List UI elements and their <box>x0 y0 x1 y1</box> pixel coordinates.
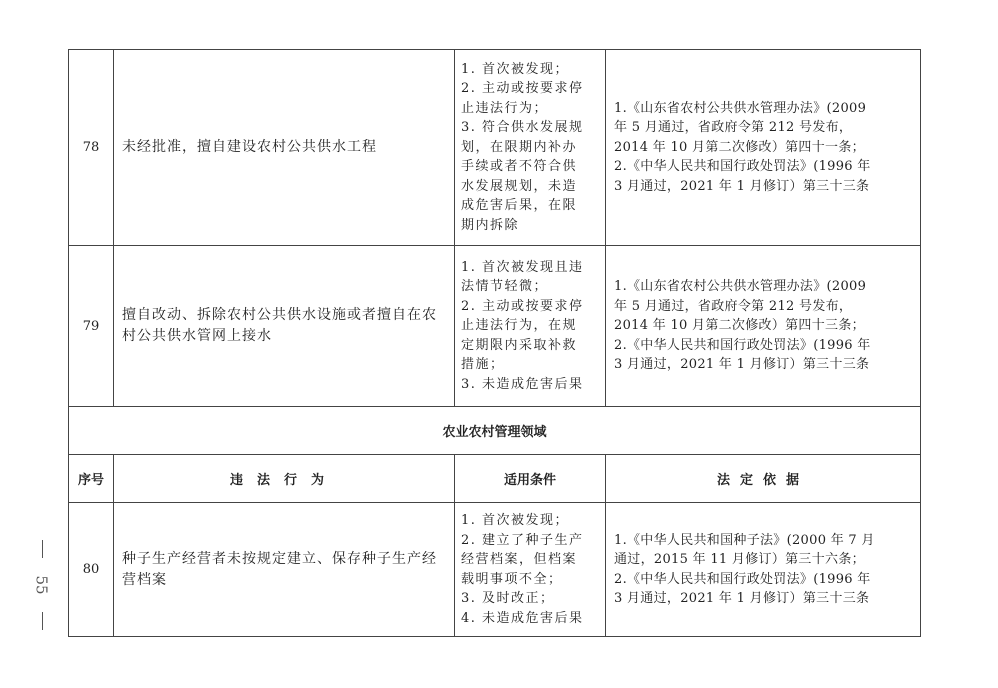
table-header-row: 序号 违法行为 适用条件 法定依据 <box>69 455 921 503</box>
section-title-row: 农业农村管理领域 <box>69 407 921 455</box>
condition-line: 2. 主动或按要求停 <box>461 79 599 99</box>
basis-line: 年 5 月通过，省政府令第 212 号发布， <box>614 297 912 317</box>
condition-line: 3. 符合供水发展规 <box>461 118 599 138</box>
violation-description: 种子生产经营者未按规定建立、保存种子生产经营档案 <box>114 503 455 637</box>
basis-line: 1.《中华人民共和国种子法》(2000 年 7 月 <box>614 531 912 551</box>
condition-line: 止违法行为，在规 <box>461 316 599 336</box>
condition-line: 1. 首次被发现； <box>461 511 599 531</box>
basis-line: 1.《山东省农村公共供水管理办法》(2009 <box>614 99 912 119</box>
basis-line: 2.《中华人民共和国行政处罚法》(1996 年 <box>614 157 912 177</box>
basis-line: 2.《中华人民共和国行政处罚法》(1996 年 <box>614 570 912 590</box>
basis-line: 2014 年 10 月第二次修改）第四十一条； <box>614 138 912 158</box>
table-row: 78 未经批准，擅自建设农村公共供水工程 1. 首次被发现； 2. 主动或按要求… <box>69 50 921 246</box>
section-title: 农业农村管理领域 <box>69 407 921 455</box>
condition-line: 措施； <box>461 355 599 375</box>
condition-line: 载明事项不全； <box>461 570 599 590</box>
penalty-exemption-table: 78 未经批准，擅自建设农村公共供水工程 1. 首次被发现； 2. 主动或按要求… <box>68 49 921 637</box>
violation-description: 擅自改动、拆除农村公共供水设施或者擅自在农村公共供水管网上接水 <box>114 246 455 407</box>
header-legal-basis: 法定依据 <box>606 455 921 503</box>
page-number-dash-top <box>42 540 43 558</box>
condition-line: 划，在限期内补办 <box>461 138 599 158</box>
page-number-dash-bottom <box>42 612 43 630</box>
basis-line: 3 月通过，2021 年 1 月修订）第三十三条 <box>614 589 912 609</box>
condition-line: 水发展规划，未造 <box>461 177 599 197</box>
condition-line: 1. 首次被发现； <box>461 60 599 80</box>
basis-line: 年 5 月通过，省政府令第 212 号发布， <box>614 118 912 138</box>
row-number: 78 <box>69 50 114 246</box>
header-conditions: 适用条件 <box>455 455 606 503</box>
legal-basis: 1.《山东省农村公共供水管理办法》(2009 年 5 月通过，省政府令第 212… <box>606 50 921 246</box>
condition-line: 止违法行为； <box>461 99 599 119</box>
basis-line: 2014 年 10 月第二次修改）第四十三条； <box>614 316 912 336</box>
condition-line: 3. 及时改正； <box>461 589 599 609</box>
condition-line: 手续或者不符合供 <box>461 157 599 177</box>
basis-line: 通过，2015 年 11 月修订）第三十六条； <box>614 550 912 570</box>
page-number-marker: 55 <box>20 540 64 630</box>
condition-line: 期内拆除 <box>461 216 599 236</box>
condition-line: 法情节轻微； <box>461 277 599 297</box>
condition-line: 2. 建立了种子生产 <box>461 531 599 551</box>
table-row: 80 种子生产经营者未按规定建立、保存种子生产经营档案 1. 首次被发现； 2.… <box>69 503 921 637</box>
condition-line: 2. 主动或按要求停 <box>461 297 599 317</box>
condition-line: 3. 未造成危害后果 <box>461 375 599 395</box>
row-number: 80 <box>69 503 114 637</box>
condition-line: 经营档案，但档案 <box>461 550 599 570</box>
basis-line: 3 月通过，2021 年 1 月修订）第三十三条 <box>614 355 912 375</box>
table-row: 79 擅自改动、拆除农村公共供水设施或者擅自在农村公共供水管网上接水 1. 首次… <box>69 246 921 407</box>
applicable-conditions: 1. 首次被发现且违 法情节轻微； 2. 主动或按要求停 止违法行为，在规 定期… <box>455 246 606 407</box>
legal-basis: 1.《山东省农村公共供水管理办法》(2009 年 5 月通过，省政府令第 212… <box>606 246 921 407</box>
basis-line: 2.《中华人民共和国行政处罚法》(1996 年 <box>614 336 912 356</box>
condition-line: 4. 未造成危害后果 <box>461 609 599 629</box>
row-number: 79 <box>69 246 114 407</box>
basis-line: 1.《山东省农村公共供水管理办法》(2009 <box>614 277 912 297</box>
legal-basis: 1.《中华人民共和国种子法》(2000 年 7 月 通过，2015 年 11 月… <box>606 503 921 637</box>
basis-line: 3 月通过，2021 年 1 月修订）第三十三条 <box>614 177 912 197</box>
applicable-conditions: 1. 首次被发现； 2. 建立了种子生产 经营档案，但档案 载明事项不全； 3.… <box>455 503 606 637</box>
violation-description: 未经批准，擅自建设农村公共供水工程 <box>114 50 455 246</box>
header-no: 序号 <box>69 455 114 503</box>
document-page: 78 未经批准，擅自建设农村公共供水工程 1. 首次被发现； 2. 主动或按要求… <box>0 0 998 688</box>
condition-line: 成危害后果，在限 <box>461 196 599 216</box>
condition-line: 1. 首次被发现且违 <box>461 258 599 278</box>
applicable-conditions: 1. 首次被发现； 2. 主动或按要求停 止违法行为； 3. 符合供水发展规 划… <box>455 50 606 246</box>
page-number: 55 <box>33 575 51 594</box>
header-violation: 违法行为 <box>114 455 455 503</box>
condition-line: 定期限内采取补救 <box>461 336 599 356</box>
